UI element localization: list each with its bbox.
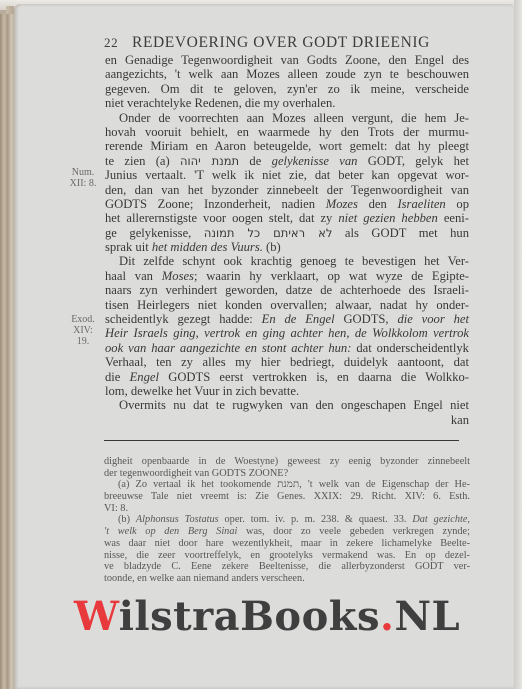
text-span: GODTS, [335, 312, 398, 326]
footnote-line: 't welk op den Berg Sinai was, door zo v… [104, 526, 470, 538]
text-line: GODTS Zoone; Inzonderheit, nadien Mozes … [105, 197, 469, 211]
text-span: dat onderscheidentlyk [351, 341, 469, 355]
margin-note-num: Num. XII: 8. [63, 167, 103, 189]
text-line: ook van haar aangezichte en stont achter… [105, 341, 469, 355]
text-line: naars zyn verhindert geworden, datze de … [105, 283, 469, 297]
catchword: kan [105, 413, 469, 427]
margin-note-line: XIV: [63, 325, 103, 336]
text-line: sprak uit het midden des Vuurs. (b) [105, 240, 469, 254]
italic-text: die voor het [397, 312, 469, 326]
running-head: 22REDEVOERING OVER GODT DRIEENIG [104, 34, 474, 52]
italic-text: Dat gezichte, [412, 514, 470, 525]
text-line: Heir Israels ging, vertrok en ging achte… [105, 326, 469, 340]
text-line: Verhaal, ten zy alles my hier bedriegt, … [105, 355, 469, 369]
watermark-w: W [74, 593, 119, 640]
margin-note-exod: Exod. XIV: 19. [63, 314, 103, 347]
footnote-divider [104, 440, 459, 441]
text-line: Junius vertaalt. 'T welk ik niet zie, da… [105, 168, 469, 182]
text-span: haal van [105, 269, 162, 283]
book-spine-edge [0, 14, 14, 689]
page-right-shadow [514, 0, 522, 689]
text-span: den [358, 197, 398, 211]
text-line: tisen Heirlegers niet konden overvallen;… [105, 298, 469, 312]
text-line: lom, dewelke het Vuur in zich bevatte. [105, 384, 469, 398]
text-span: (b) [263, 240, 281, 254]
text-span: scheidentlyk gezegt hadde: [105, 312, 262, 326]
text-line: Dit zelfde schynt ook krachtig genoeg te… [105, 254, 469, 268]
main-text: en Genadige Tegenwoordigheit van Godts Z… [105, 53, 469, 427]
text-span: GODT, gelyk het [357, 154, 469, 168]
text-line: het allerernstigste voor oogen stelt, da… [105, 211, 469, 225]
text-span: het allerernstigste voor oogen stelt, da… [105, 211, 338, 225]
italic-text: Moses [162, 269, 194, 283]
text-span: oper. tom. iv. p. m. 238. & quaest. 33. [219, 514, 413, 525]
text-span: GODTS eerst vertrokken is, en daarna die… [159, 370, 469, 384]
text-line: hovah vooruit behielt, en waarmede hy de… [105, 125, 469, 139]
footnote-line: nisse, die zeer voortreffelyk, en groote… [104, 550, 470, 562]
watermark-dot: . [380, 593, 394, 640]
text-span: eeni- [438, 211, 469, 225]
text-span: op [446, 197, 469, 211]
footnote-line: ve bladzyde C. Eene zekere Beeltenisse, … [104, 561, 470, 573]
footnote-line: VI: 8. [104, 503, 470, 515]
italic-text: Heir Israels ging, vertrok en ging achte… [105, 326, 469, 340]
footnote-line: digheit openbaarde in de Woestyne) gewee… [104, 456, 470, 468]
text-line: rerende Miriam en Aaron beteugelde, wort… [105, 139, 469, 153]
footnote-line: breeuwse Tale niet vreemt is: Zie Genes.… [104, 491, 470, 503]
page-number: 22 [104, 35, 132, 51]
text-line: den, dan van het byzonder zinnebeelt der… [105, 183, 469, 197]
text-line: aangezichts, 't welk aan Mozes alleen zo… [105, 67, 469, 81]
footnote-line: was daar niet door hare wezentlykheit, m… [104, 538, 470, 550]
text-span: te zien (a) [105, 154, 170, 168]
text-span: als GODT met hun [332, 226, 469, 240]
text-line: niet verachtelyke Redenen, die my overha… [105, 96, 469, 110]
margin-note-line: XII: 8. [63, 178, 103, 189]
text-line: haal van Moses; waarin hy verklaart, op … [105, 269, 469, 283]
footnote-line: der tegenwoordigheit van GODTS ZOONE? [104, 468, 470, 480]
text-span: was, door zo veele gebeden verkregen zyn… [237, 526, 470, 537]
hebrew-text: תמנת יהוה [180, 154, 239, 168]
margin-note-line: 19. [63, 336, 103, 347]
italic-text: Israeliten [397, 197, 445, 211]
text-span: de [239, 154, 272, 168]
italic-text: Engel [130, 370, 159, 384]
text-line: Overmits nu dat te rugwyken van den onge… [105, 398, 469, 412]
text-line: die Engel GODTS eerst vertrokken is, en … [105, 370, 469, 384]
footnote-b: (b) Alphonsus Tostatus oper. tom. iv. p.… [104, 514, 470, 526]
text-line: ge gelykenisse, לא ראיתם כל תמונה als GO… [105, 226, 469, 240]
italic-text: niet gezien hebben [338, 211, 437, 225]
text-line: gegeven. Om dit te geloven, zyn'er zo ik… [105, 82, 469, 96]
text-span: GODTS Zoone; Inzonderheit, nadien [105, 197, 326, 211]
text-line: en Genadige Tegenwoordigheit van Godts Z… [105, 53, 469, 67]
margin-note-line: Num. [63, 167, 103, 178]
footnote-line: toonde, en welke aan niemand anders vers… [104, 573, 470, 585]
italic-text: 't welk op den Berg Sinai [104, 526, 237, 537]
text-line: Onder de voorrechten aan Mozes alleen ve… [105, 111, 469, 125]
italic-text: ook van haar aangezichte en stont achter… [105, 341, 351, 355]
text-line: scheidentlyk gezegt hadde: En de Engel G… [105, 312, 469, 326]
wilstrabooks-watermark: WilstraBooks.NL [74, 593, 460, 640]
italic-text: Mozes [326, 197, 358, 211]
text-span: (b) [118, 514, 136, 525]
footnotes: digheit openbaarde in de Woestyne) gewee… [104, 456, 470, 585]
text-span: sprak uit [105, 240, 152, 254]
text-span: ; waarin hy verklaart, op wat wyze de Eg… [194, 269, 469, 283]
text-line: te zien (a) תמנת יהוה de gelykenisse van… [105, 154, 469, 168]
watermark-tld: NL [394, 593, 460, 640]
italic-text: het midden des Vuurs. [152, 240, 263, 254]
footnote-a: (a) Zo vertaal ik het tookomende תמנת, '… [104, 479, 470, 491]
italic-text: En de Engel [262, 312, 335, 326]
text-span: die [105, 370, 130, 384]
italic-text: gelykenisse van [272, 154, 358, 168]
italic-text: Alphonsus Tostatus [136, 514, 219, 525]
running-head-title: REDEVOERING OVER GODT DRIEENIG [132, 34, 430, 51]
watermark-name: ilstraBooks [119, 593, 380, 640]
margin-note-line: Exod. [63, 314, 103, 325]
text-span: ge gelykenisse, [105, 226, 204, 240]
hebrew-text: לא ראיתם כל תמונה [204, 226, 333, 240]
